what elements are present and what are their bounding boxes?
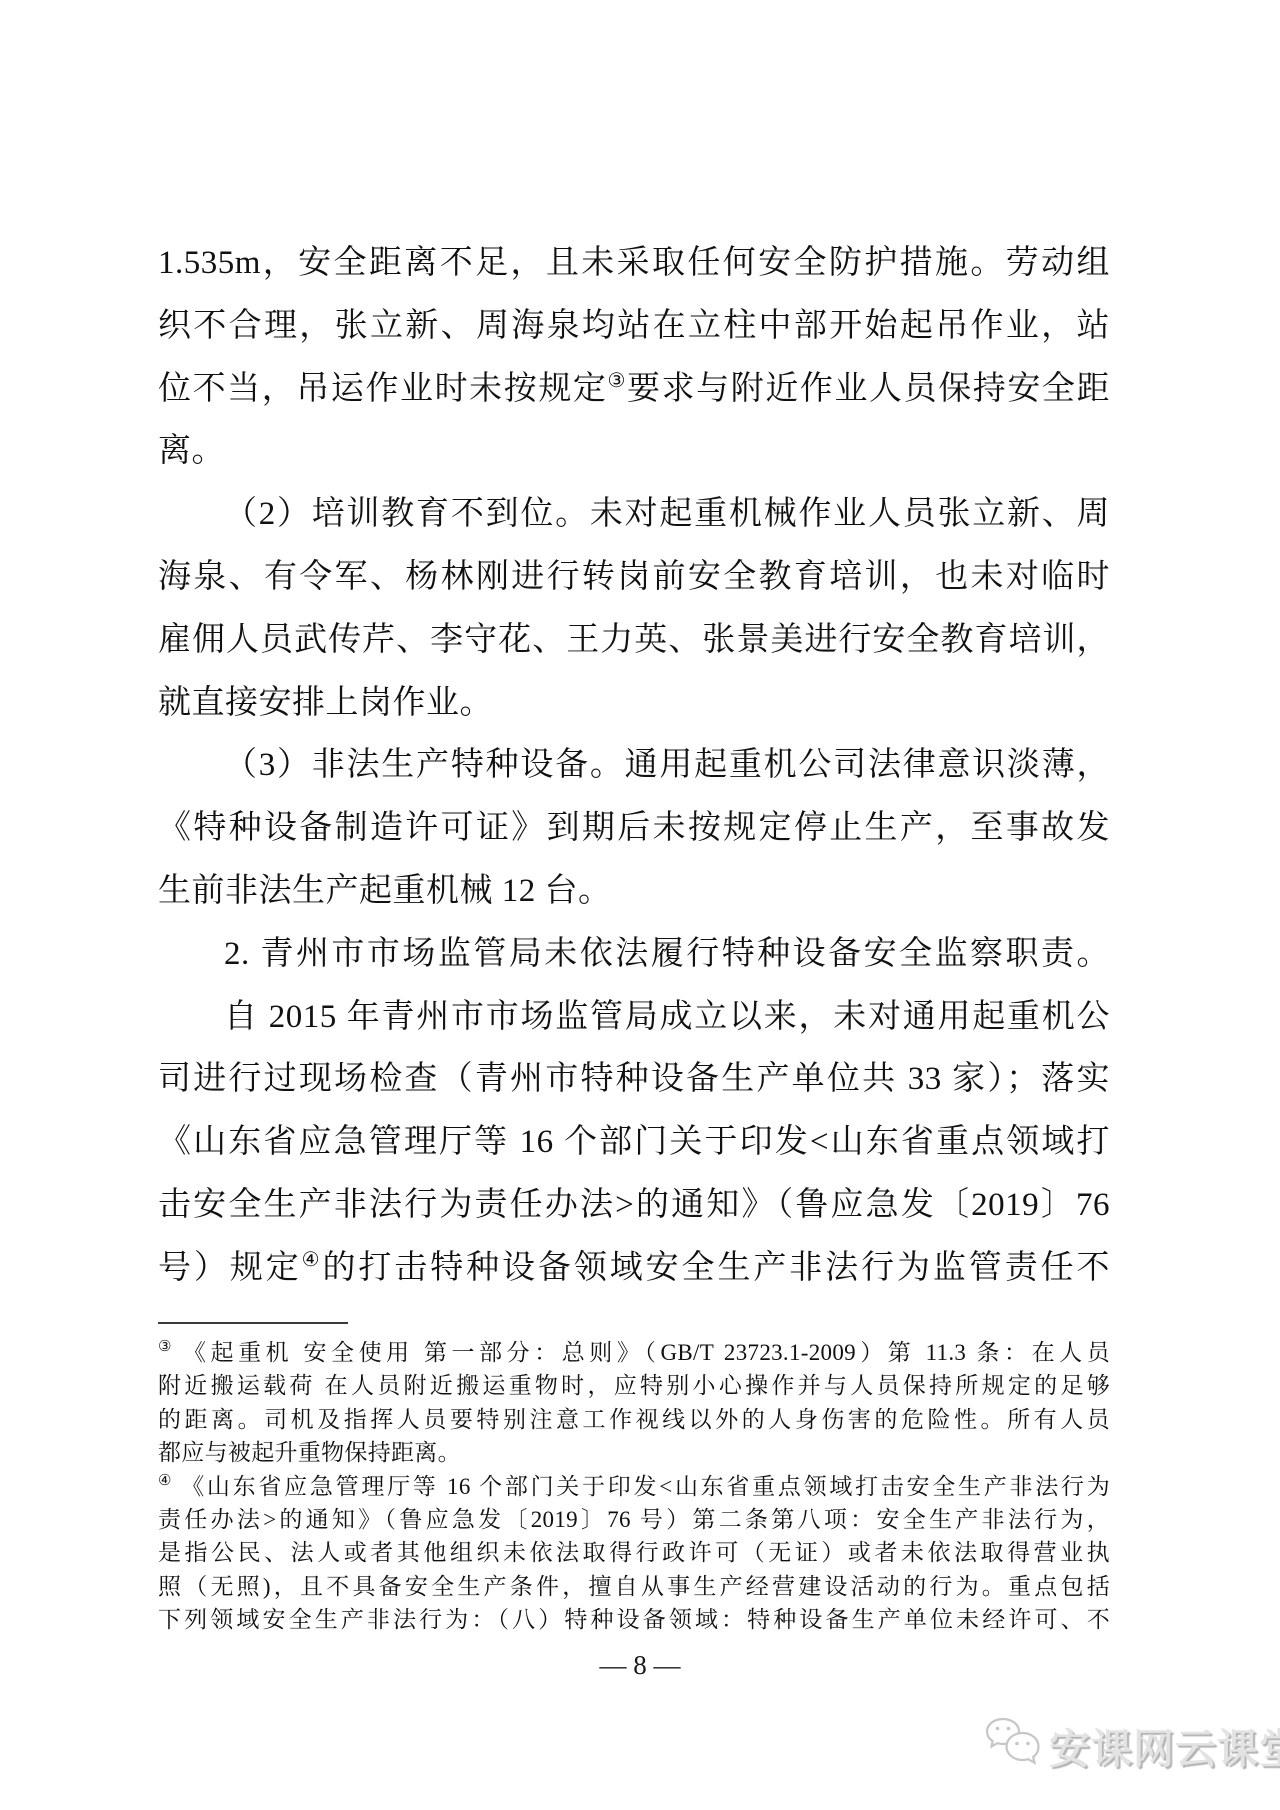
body-line-segment: 号）规定 (158, 1250, 302, 1286)
footnote-text: 《山东省应急管理厅等 16 个部门关于印发<山东省重点领域打击安全生产非法行为 (181, 1474, 1110, 1499)
footnote-line: 下列领域安全生产非法行为：（八）特种设备领域：特种设备生产单位未经许可、不 (158, 1603, 1110, 1636)
footnote-line: ③《起重机 安全使用 第一部分：总则》（GB/T 23723.1-2009）第 … (158, 1336, 1110, 1369)
footnote-3-marker: ③ (158, 1339, 176, 1355)
body-line: 1.535m，安全距离不足，且未采取任何安全防护措施。劳动组 (158, 232, 1110, 295)
body-line: 《山东省应急管理厅等 16 个部门关于印发<山东省重点领域打 (158, 1111, 1110, 1174)
page-number: — 8 — (0, 1650, 1280, 1681)
body-line: （3）非法生产特种设备。通用起重机公司法律意识淡薄， (158, 734, 1110, 797)
body-line: 司进行过现场检查（青州市特种设备生产单位共 33 家）；落实 (158, 1048, 1110, 1111)
body-line: 织不合理，张立新、周海泉均站在立柱中部开始起吊作业，站 (158, 295, 1110, 358)
footnotes-block: ③《起重机 安全使用 第一部分：总则》（GB/T 23723.1-2009）第 … (158, 1336, 1110, 1637)
document-page: 1.535m，安全距离不足，且未采取任何安全防护措施。劳动组 织不合理，张立新、… (0, 0, 1280, 1810)
body-line: 位不当，吊运作业时未按规定③要求与附近作业人员保持安全距 (158, 358, 1110, 421)
body-line: 自 2015 年青州市市场监管局成立以来，未对通用起重机公 (158, 986, 1110, 1049)
footnote-line: 是指公民、法人或者其他组织未依法取得行政许可（无证）或者未依法取得营业执 (158, 1536, 1110, 1569)
watermark-label: 安课网云课堂 (1049, 1716, 1280, 1775)
watermark: 安课网云课堂 (982, 1714, 1280, 1777)
footnote-line: 照（无照)，且不具备安全生产条件，擅自从事生产经营建设活动的行为。重点包括 (158, 1570, 1110, 1603)
footnote-4-marker: ④ (158, 1473, 174, 1489)
body-line: 号）规定④的打击特种设备领域安全生产非法行为监管责任不 (158, 1237, 1110, 1300)
chat-bubbles-icon (982, 1714, 1042, 1777)
footnote-ref-4-marker: ④ (302, 1249, 323, 1271)
body-line: 击安全生产非法行为责任办法>的通知》（鲁应急发〔2019〕76 (158, 1174, 1110, 1237)
body-line: 离。 (158, 420, 1110, 483)
footnote-text: 《起重机 安全使用 第一部分：总则》（GB/T 23723.1-2009）第 1… (183, 1340, 1110, 1365)
body-line: （2）培训教育不到位。未对起重机械作业人员张立新、周 (158, 483, 1110, 546)
footnote-line: ④《山东省应急管理厅等 16 个部门关于印发<山东省重点领域打击安全生产非法行为 (158, 1470, 1110, 1503)
body-line: 雇佣人员武传芹、李守花、王力英、张景美进行安全教育培训， (158, 609, 1110, 672)
footnote-line: 都应与被起升重物保持距离。 (158, 1436, 1110, 1469)
body-line-segment: 要求与附近作业人员保持安全距 (627, 371, 1110, 407)
footnote-line: 责任办法>的通知》（鲁应急发〔2019〕76 号）第二条第八项：安全生产非法行为… (158, 1503, 1110, 1536)
footnote-separator (158, 1322, 348, 1324)
footnote-ref-3-marker: ③ (608, 370, 628, 392)
footnote-line: 的距离。司机及指挥人员要特别注意工作视线以外的人身伤害的危险性。所有人员 (158, 1403, 1110, 1436)
body-text-block: 1.535m，安全距离不足，且未采取任何安全防护措施。劳动组 织不合理，张立新、… (158, 232, 1110, 1300)
body-heading-line: 2. 青州市市场监管局未依法履行特种设备安全监察职责。 (158, 923, 1110, 986)
footnote-line: 附近搬运载荷 在人员附近搬运重物时，应特别小心操作并与人员保持所规定的足够 (158, 1369, 1110, 1402)
body-line: 《特种设备制造许可证》到期后未按规定停止生产，至事故发 (158, 797, 1110, 860)
body-line-segment: 的打击特种设备领域安全生产非法行为监管责任不 (322, 1250, 1110, 1286)
body-line-segment: 位不当，吊运作业时未按规定 (158, 371, 608, 407)
body-line: 就直接安排上岗作业。 (158, 672, 1110, 735)
body-line: 生前非法生产起重机械 12 台。 (158, 860, 1110, 923)
body-line: 海泉、有令军、杨林刚进行转岗前安全教育培训，也未对临时 (158, 546, 1110, 609)
